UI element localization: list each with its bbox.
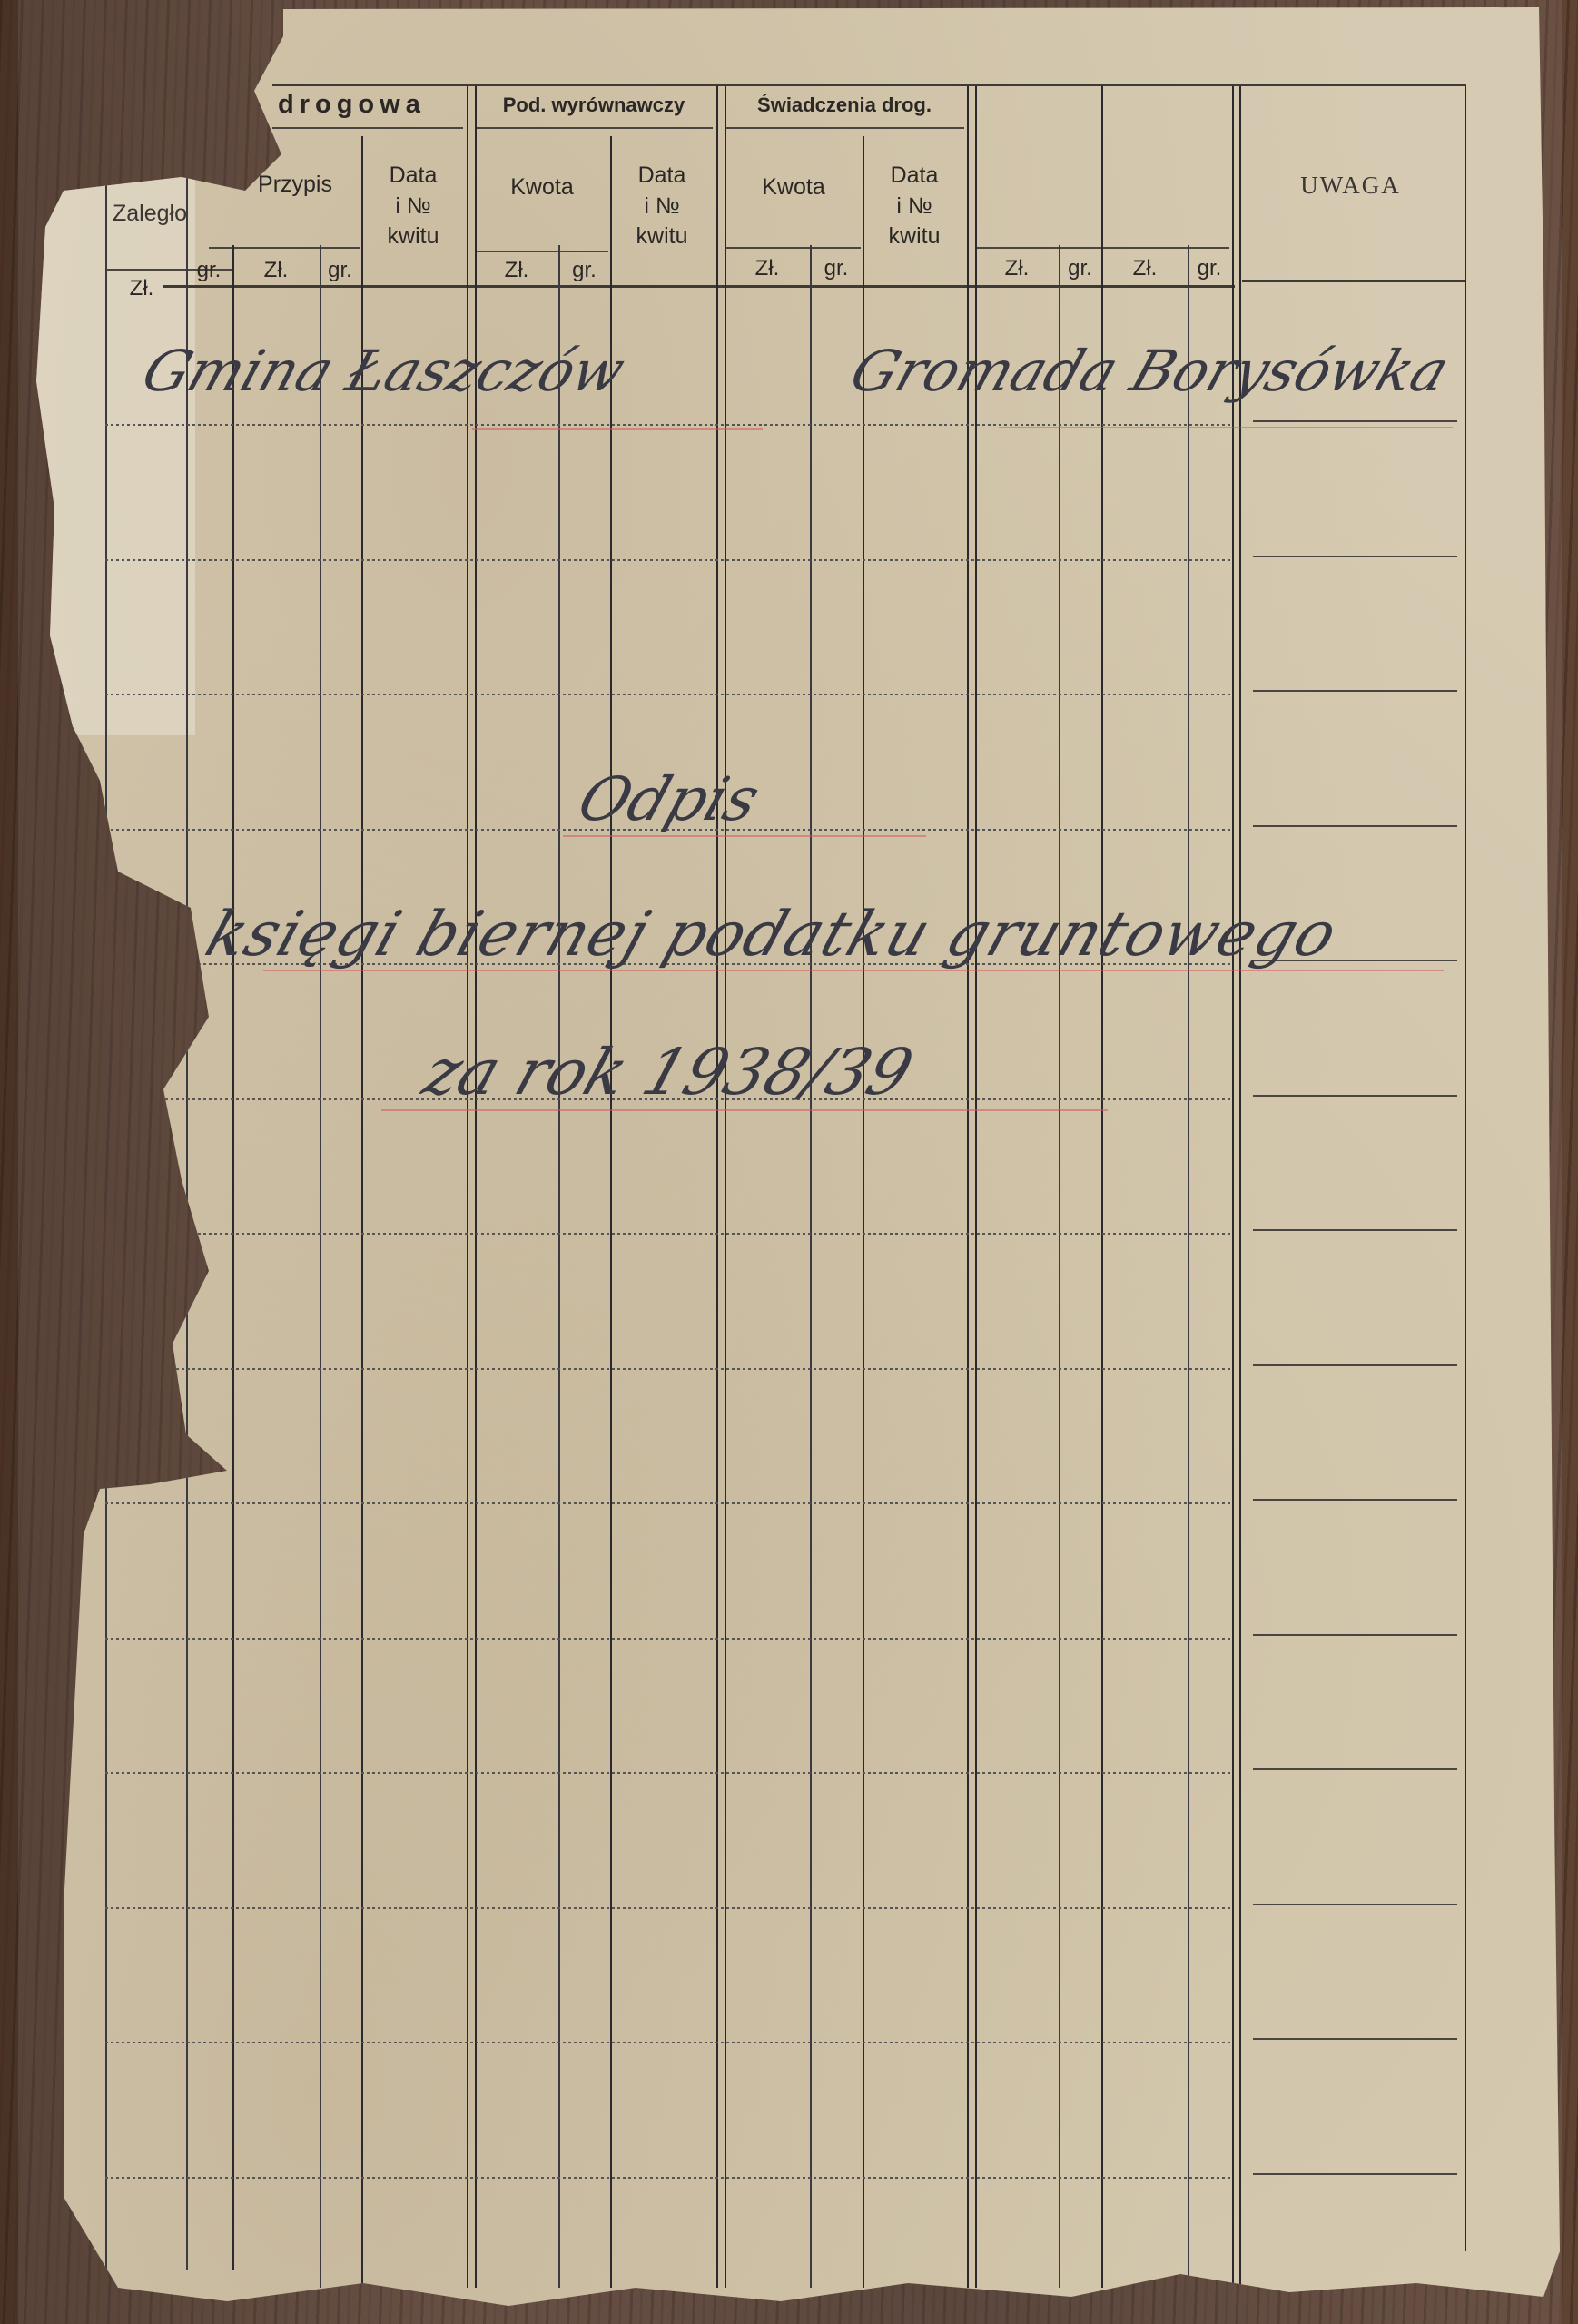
data-label-line3: kwitu: [863, 224, 966, 250]
column-rule: [863, 136, 864, 2288]
row-rule: [105, 1502, 1231, 1504]
red-underline: [472, 428, 763, 430]
column-rule: [967, 86, 969, 2288]
row-rule: [105, 2177, 1231, 2179]
column-rule: [361, 136, 363, 2288]
group-rule-swiadczenia: [725, 127, 964, 129]
handwritten-title-odpis: Odpis: [569, 764, 768, 834]
row-rule: [105, 1638, 1231, 1640]
column-rule: [467, 86, 468, 2288]
column-rule: [1101, 86, 1103, 2288]
col-header-data-3: Data i № kwitu: [863, 163, 966, 250]
row-rule: [105, 1907, 1231, 1909]
col-header-data-2: Data i № kwitu: [610, 163, 714, 250]
data-label-line2: i №: [863, 194, 966, 220]
row-rule-uwaga: [1253, 825, 1457, 827]
column-rule: [1232, 86, 1234, 2288]
col-header-data-1: Data i № kwitu: [361, 163, 465, 250]
handwritten-gmina: Gmina Łaszczów: [134, 338, 633, 404]
unit-gr-kwota-2: gr.: [811, 257, 862, 281]
column-rule: [975, 86, 977, 2288]
column-rule: [475, 86, 477, 2288]
unit-gr-zaleglosci: gr.: [186, 259, 232, 282]
row-rule-uwaga: [1253, 1768, 1457, 1770]
data-label-line3: kwitu: [361, 224, 465, 250]
group-rule-pod-wyr: [475, 127, 713, 129]
header-bottom-rule: [163, 285, 1235, 288]
column-rule: [1239, 86, 1241, 2288]
column-rule: [725, 86, 726, 2288]
row-rule-uwaga: [1253, 556, 1457, 557]
row-rule-uwaga: [1253, 1499, 1457, 1501]
row-rule-uwaga: [1253, 1095, 1457, 1097]
row-rule-uwaga: [1253, 1904, 1457, 1905]
data-label-line1: Data: [610, 163, 714, 189]
row-rule-uwaga: [1253, 690, 1457, 692]
unit-zl-blank-2: Zł.: [1103, 257, 1187, 281]
row-rule-uwaga: [1253, 1229, 1457, 1231]
row-rule-uwaga: [1253, 1634, 1457, 1636]
red-underline: [381, 1109, 1108, 1111]
header-top-rule: [272, 84, 1466, 86]
col-header-zaleglosci: Zaległo: [100, 202, 200, 227]
unit-gr-blank-2: gr.: [1188, 257, 1230, 281]
group-header-drogowa: drogowa: [272, 91, 468, 120]
data-label-line2: i №: [361, 194, 465, 220]
unit-rule-kwota1: [477, 251, 608, 252]
row-rule-uwaga: [1253, 2038, 1457, 2040]
row-rule: [105, 694, 1231, 695]
data-label-line2: i №: [610, 194, 714, 220]
col-header-kwota-2: Kwota: [725, 175, 863, 201]
group-header-swiadczenia: Świadczenia drog.: [725, 94, 964, 116]
red-underline: [999, 427, 1453, 428]
unit-gr-blank-1: gr.: [1060, 257, 1100, 281]
handwritten-title-year: za rok 1938/39: [415, 1035, 922, 1109]
handwritten-title-ksiegi: księgi biernej podatku gruntowego: [197, 899, 1346, 970]
row-rule: [105, 424, 1231, 426]
unit-zl-kwota-2: Zł.: [725, 257, 810, 281]
row-rule: [105, 1233, 1231, 1235]
group-header-pod-wyrownawczy: Pod. wyrównawczy: [475, 94, 713, 116]
col-header-kwota-1: Kwota: [475, 175, 609, 201]
unit-zl-przypis: Zł.: [234, 259, 318, 282]
column-rule: [1059, 245, 1060, 2288]
group-rule-drogowa: [272, 127, 463, 129]
handwritten-gromada: Gromada Borysówka: [843, 338, 1457, 404]
row-rule: [105, 559, 1231, 561]
unit-zl-zaleglosci: Zł.: [105, 277, 178, 300]
column-rule: [232, 245, 234, 2270]
row-rule-uwaga: [1253, 1364, 1457, 1366]
column-rule: [1188, 245, 1189, 2288]
unit-rule-kwota2: [726, 247, 861, 249]
unit-gr-przypis: gr.: [320, 259, 360, 282]
column-rule: [610, 136, 612, 2288]
column-rule: [716, 86, 718, 2288]
row-rule-uwaga: [1253, 2173, 1457, 2175]
column-rule: [810, 245, 812, 2288]
header-bottom-rule-uwaga: [1242, 280, 1465, 282]
row-rule: [105, 1772, 1231, 1774]
column-rule: [320, 245, 321, 2288]
unit-gr-kwota-1: gr.: [559, 259, 609, 282]
row-rule: [105, 2042, 1231, 2043]
data-label-line1: Data: [863, 163, 966, 189]
ledger-page: drogowa Pod. wyrównawczy Świadczenia dro…: [0, 0, 1578, 2324]
col-header-uwaga: UWAGA: [1239, 172, 1462, 200]
row-rule: [105, 1368, 1231, 1370]
column-rule: [1465, 86, 1466, 2251]
row-rule-uwaga: [1253, 420, 1457, 422]
red-underline: [563, 835, 926, 837]
data-label-line3: kwitu: [610, 224, 714, 250]
column-rule: [558, 245, 560, 2288]
unit-zl-kwota-1: Zł.: [475, 259, 558, 282]
unit-rule-blank: [977, 247, 1229, 249]
unit-zl-blank-1: Zł.: [976, 257, 1058, 281]
data-label-line1: Data: [361, 163, 465, 189]
